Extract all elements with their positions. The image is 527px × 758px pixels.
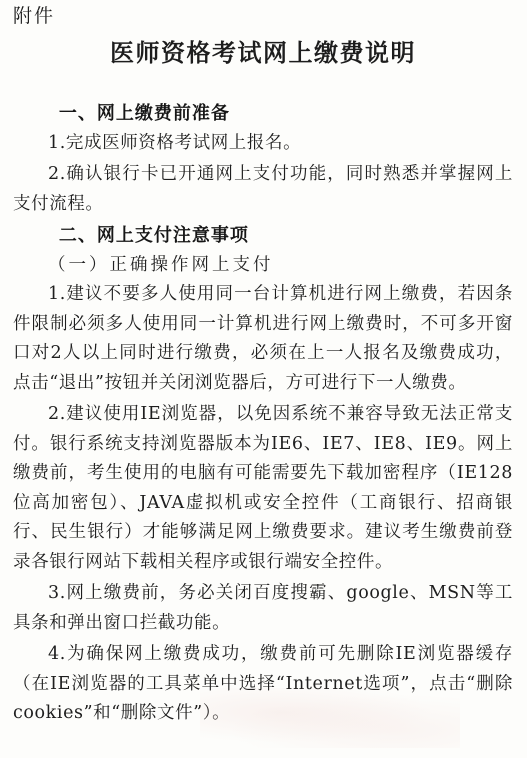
paragraph-notice-1: 1.建议不要多人使用同一台计算机进行网上缴费，若因条件限制必须多人使用同一计算机…: [13, 280, 513, 398]
section-2-heading: 二、网上支付注意事项: [13, 221, 513, 251]
paragraph-notice-3: 3.网上缴费前，务必关闭百度搜霸、google、MSN等工具条和弹出窗口拦截功能…: [13, 579, 513, 638]
paragraph-notice-4: 4.为确保网上缴费成功，缴费前可先删除IE浏览器缓存（在IE浏览器的工具菜单中选…: [13, 640, 513, 729]
subsection-heading: （一）正确操作网上支付: [13, 251, 513, 281]
document-page: 附件 医师资格考试网上缴费说明 一、网上缴费前准备 1.完成医师资格考试网上报名…: [0, 0, 527, 758]
paragraph-notice-2: 2.建议使用IE浏览器，以免因系统不兼容导致无法正常支付。银行系统支持浏览器版本…: [13, 400, 513, 577]
paragraph-prep-2: 2.确认银行卡已开通网上支付功能，同时熟悉并掌握网上支付流程。: [13, 160, 513, 219]
document-title: 医师资格考试网上缴费说明: [13, 35, 513, 71]
section-1-heading: 一、网上缴费前准备: [13, 99, 513, 129]
paragraph-prep-1: 1.完成医师资格考试网上报名。: [13, 129, 513, 159]
attachment-label: 附件: [13, 3, 513, 29]
